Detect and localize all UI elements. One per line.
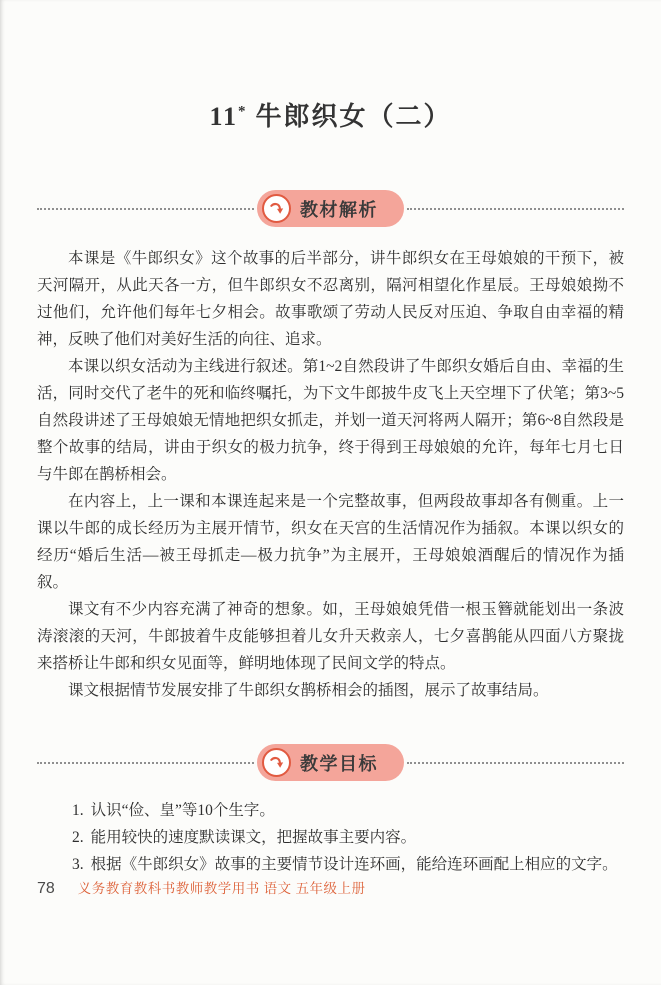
material-analysis-body: 本课是《牛郎织女》这个故事的后半部分，讲牛郎织女在王母娘娘的干预下，被天河隔开，… — [37, 246, 624, 704]
page-footer: 78 义务教育教科书教师教学用书 语文 五年级上册 — [37, 877, 366, 898]
list-item-number: 3. — [72, 856, 84, 873]
section-header-material-analysis: 教材解析 — [37, 190, 624, 227]
list-item: 3.根据《牛郎织女》故事的主要情节设计连环画，能给连环画配上相应的文字。 — [72, 852, 624, 879]
book-series-title: 义务教育教科书教师教学用书 语文 五年级上册 — [78, 877, 366, 897]
divider-dotted-line — [37, 762, 254, 764]
section-header-teaching-goals: 教学目标 — [37, 744, 624, 781]
page-number: 78 — [37, 880, 55, 898]
list-item-number: 2. — [72, 829, 84, 846]
divider-dotted-line — [37, 208, 254, 210]
lesson-title-text: 牛郎织女（二） — [256, 102, 452, 131]
list-item-number: 1. — [72, 802, 84, 819]
paragraph: 课文根据情节发展安排了牛郎织女鹊桥相会的插图，展示了故事结局。 — [37, 678, 624, 705]
lesson-star: * — [238, 103, 246, 119]
curved-arrow-icon — [262, 748, 291, 777]
paragraph: 在内容上，上一课和本课连起来是一个完整故事，但两段故事却各有侧重。上一课以牛郎的… — [37, 489, 624, 597]
list-item-text: 认识“俭、皇”等10个生字。 — [91, 802, 275, 819]
lesson-title: 11*牛郎织女（二） — [37, 0, 624, 133]
section-badge-label: 教材解析 — [300, 196, 378, 222]
divider-dotted-line — [407, 762, 624, 764]
divider-dotted-line — [407, 208, 624, 210]
paragraph: 课文有不少内容充满了神奇的想象。如，王母娘娘凭借一根玉簪就能划出一条波涛滚滚的天… — [37, 597, 624, 678]
curved-arrow-icon — [262, 194, 291, 223]
paragraph: 本课是《牛郎织女》这个故事的后半部分，讲牛郎织女在王母娘娘的干预下，被天河隔开，… — [37, 246, 624, 354]
paragraph: 本课以织女活动为主线进行叙述。第1~2自然段讲了牛郎织女婚后自由、幸福的生活，同… — [37, 354, 624, 489]
list-item: 2.能用较快的速度默读课文，把握故事主要内容。 — [72, 825, 624, 852]
teaching-goals-list: 1.认识“俭、皇”等10个生字。 2.能用较快的速度默读课文，把握故事主要内容。… — [37, 798, 624, 879]
list-item-text: 根据《牛郎织女》故事的主要情节设计连环画，能给连环画配上相应的文字。 — [91, 856, 618, 873]
section-badge: 教材解析 — [257, 190, 404, 227]
list-item: 1.认识“俭、皇”等10个生字。 — [72, 798, 624, 825]
list-item-text: 能用较快的速度默读课文，把握故事主要内容。 — [91, 829, 417, 846]
section-badge: 教学目标 — [257, 744, 404, 781]
book-page: 11*牛郎织女（二） 教材解析 本课是《牛郎织女》这个故事的后半部分，讲牛郎织女… — [0, 0, 661, 985]
lesson-number: 11 — [209, 102, 238, 131]
section-badge-label: 教学目标 — [300, 750, 378, 776]
